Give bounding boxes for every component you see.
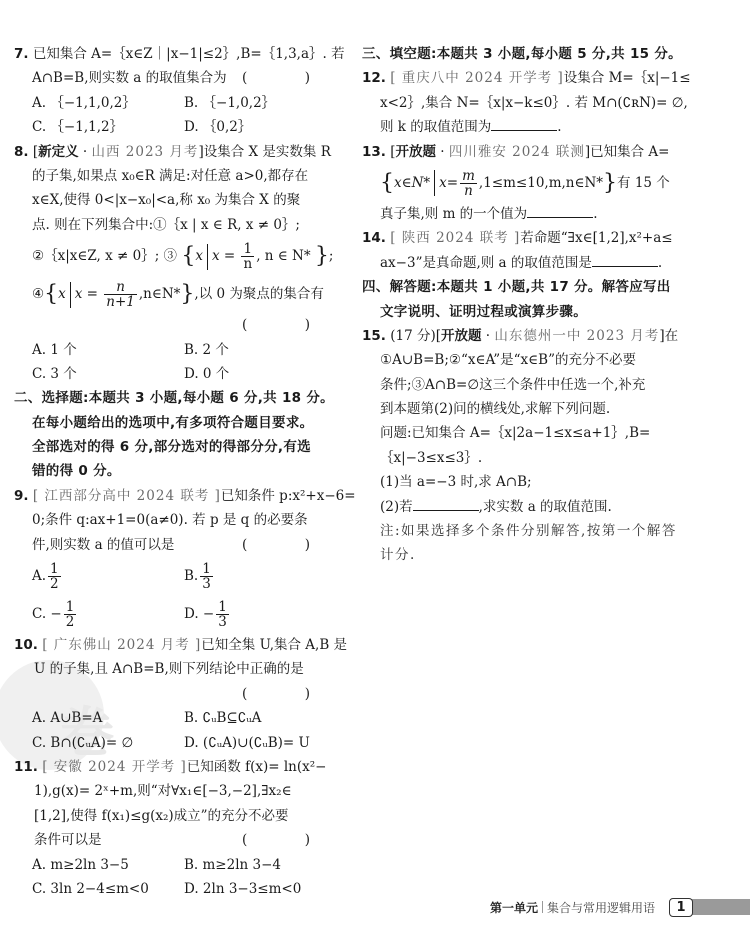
right-column: 三、填空题:本题共 3 小题,每小题 5 分,共 15 分。 12. [ 重庆八… <box>362 42 692 568</box>
option-c: C. B∩(∁ᵤA)= ∅ <box>14 731 184 755</box>
section-desc: 在每小题给出的选项中,有多项符合题目要求。 <box>14 411 336 435</box>
question-text: 点. 则在下列集合中:①｛x | x ∈ R, x ≠ 0｝; <box>32 217 300 233</box>
question-13: 13. [开放题 · 四川雅安 2024 联测]已知集合 A= {x∈N*x=m… <box>362 140 692 227</box>
fraction: 12 <box>64 600 77 629</box>
question-text: 已知集合 A=｛x∈Z｜|x−1|≤2｝,B=｛1,3,a｝. 若 <box>33 46 345 62</box>
option-a: A.12 <box>14 557 184 595</box>
brace-open: { <box>181 244 195 269</box>
question-text: ②｛x|x∈Z, x ≠ 0｝; ③ <box>32 248 177 264</box>
topic-label: 集合与常用逻辑用语 <box>547 899 655 916</box>
section-desc: 全部选对的得 6 分,部分选对的得部分分,有选 <box>14 435 336 459</box>
fraction: 13 <box>200 562 213 591</box>
option-b: B.13 <box>184 557 215 595</box>
numerator: 1 <box>241 242 254 257</box>
brace-close: } <box>180 282 194 307</box>
fraction: 12 <box>48 562 61 591</box>
option-c: C. 3ln 2−4≤m<0 <box>14 877 184 901</box>
question-number: 8. <box>14 144 29 160</box>
set-line-4: ④{xx = nn+1,n∈N*},以 0 为聚点的集合有 <box>14 275 336 313</box>
question-number: 14. <box>362 230 386 246</box>
question-15: 15. (17 分)[开放题 · 山东德州一中 2023 月考]在 ①A∪B=B… <box>362 324 692 568</box>
numerator: 1 <box>64 600 77 615</box>
fraction: nn+1 <box>104 280 137 309</box>
sub-question-2: (2)若 <box>380 499 413 515</box>
option-d: D. −13 <box>184 595 231 633</box>
note-text: 计分. <box>380 547 416 563</box>
math-tail: ,1≤m≤10,m,n∈N* <box>479 175 603 191</box>
question-text: ,求实数 a 的取值范围. <box>479 499 612 515</box>
brace-open: { <box>380 170 394 195</box>
question-7: 7. 已知集合 A=｛x∈Z｜|x−1|≤2｝,B=｛1,3,a｝. 若 A∩B… <box>14 42 336 140</box>
question-text: A∩B=B,则实数 a 的取值集合为 <box>32 70 227 86</box>
source-tag: [开放题 · 山东德州一中 2023 月考] <box>436 328 665 344</box>
tag-dot: · <box>436 144 449 160</box>
question-text: 有 15 个 <box>617 175 670 191</box>
answer-paren: ( ) <box>242 66 332 90</box>
fraction: mn <box>460 169 477 198</box>
section-title: 二、选择题:本题共 3 小题,每小题 6 分,共 18 分。 <box>14 386 336 410</box>
answer-paren: ( ) <box>242 828 332 852</box>
tag-dot: · <box>79 144 92 160</box>
option-b: B. ∁ᵤB⊆∁ᵤA <box>184 706 261 730</box>
denominator: 3 <box>216 615 229 629</box>
question-text: 条件;③A∩B=∅这三个条件中任选一个,补充 <box>380 377 645 393</box>
footer-bar <box>686 899 750 915</box>
tag-source: 山西 2023 月考 <box>91 144 198 160</box>
brace-open: { <box>44 282 58 307</box>
fraction: 13 <box>216 600 229 629</box>
section-2-heading: 二、选择题:本题共 3 小题,每小题 6 分,共 18 分。 在每小题给出的选项… <box>14 386 336 484</box>
set-bar <box>207 244 208 270</box>
section-desc: 错的得 0 分。 <box>14 459 336 483</box>
option-c: C. ｛−1,1,2｝ <box>14 115 184 139</box>
question-text: ax−3”是真命题,则 a 的取值范围是 <box>380 255 592 271</box>
question-text: 则 k 的取值范围为 <box>380 119 491 135</box>
score-label: (17 分) <box>390 328 436 344</box>
answer-blank[interactable] <box>592 252 658 267</box>
option-label: B. <box>184 568 198 584</box>
tag-category: 新定义 <box>38 144 79 160</box>
math-eq: x = <box>75 286 98 302</box>
question-9: 9. [ 江西部分高中 2024 联考 ]已知条件 p:x²+x−6= 0;条件… <box>14 484 336 633</box>
option-a: A. m≥2ln 3−5 <box>14 853 184 877</box>
left-column: 7. 已知集合 A=｛x∈Z｜|x−1|≤2｝,B=｛1,3,a｝. 若 A∩B… <box>14 42 336 901</box>
numerator: 1 <box>48 562 61 577</box>
numerator: m <box>460 169 477 184</box>
question-text: ,以 0 为聚点的集合有 <box>194 286 323 302</box>
page-number: 1 <box>669 898 693 917</box>
option-label: C. − <box>32 606 62 622</box>
question-number: 15. <box>362 328 386 344</box>
question-number: 10. <box>14 637 38 653</box>
sub-question-1: (1)当 a=−3 时,求 A∩B; <box>380 474 532 490</box>
question-text: 条件可以是 <box>34 832 102 848</box>
source-tag: [ 安徽 2024 开学考 ] <box>42 759 187 775</box>
answer-blank[interactable] <box>413 496 479 511</box>
tag-source: 山东德州一中 2023 月考 <box>494 328 659 344</box>
option-b: B. 2 个 <box>184 338 229 362</box>
question-text: 在 <box>665 328 679 344</box>
option-d: D. (∁ᵤA)∪(∁ᵤB)= U <box>184 731 310 755</box>
denominator: n <box>241 257 254 271</box>
section-title: 四、解答题:本题共 1 小题,共 17 分。解答应写出 <box>362 275 692 299</box>
option-label: D. − <box>184 606 214 622</box>
math-tail: ,n∈N* <box>139 286 181 302</box>
question-text: 若命题“∃x∈[1,2],x²+a≤ <box>520 230 672 246</box>
source-tag: [ 江西部分高中 2024 联考 ] <box>33 488 221 504</box>
section-3-title: 三、填空题:本题共 3 小题,每小题 5 分,共 15 分。 <box>362 42 692 66</box>
punct: . <box>557 119 561 135</box>
circled-number: ④ <box>32 286 44 302</box>
numerator: 1 <box>216 600 229 615</box>
denominator: 2 <box>48 577 61 591</box>
tag-dot: · <box>482 328 495 344</box>
option-d: D. 2ln 3−3≤m<0 <box>184 877 301 901</box>
denominator: n+1 <box>104 295 137 309</box>
option-d: D. 0 个 <box>184 362 229 386</box>
tag-category: 开放题 <box>441 328 482 344</box>
question-14: 14. [ 陕西 2024 联考 ]若命题“∃x∈[1,2],x²+a≤ ax−… <box>362 226 692 275</box>
question-text: x∈X,使得 0<|x−x₀|<a,称 x₀ 为集合 X 的聚 <box>32 192 300 208</box>
set-definition: {x∈N*x=mn,1≤m≤10,m,n∈N*}有 15 个 <box>362 164 692 202</box>
denominator: n <box>460 184 477 198</box>
set-bar <box>70 282 71 308</box>
option-c: C. −12 <box>14 595 184 633</box>
question-number: 12. <box>362 70 386 86</box>
section-desc: 文字说明、证明过程或演算步骤。 <box>362 300 692 324</box>
source-tag: [新定义 · 山西 2023 月考] <box>33 144 204 160</box>
source-tag: [ 陕西 2024 联考 ] <box>390 230 520 246</box>
math-var: x <box>58 286 66 302</box>
punct: . <box>658 255 662 271</box>
brace-close: } <box>315 244 329 269</box>
option-c: C. 3 个 <box>14 362 184 386</box>
question-number: 13. <box>362 144 386 160</box>
question-text: 真子集,则 m 的一个值为 <box>380 206 527 222</box>
math-tail: , n ∈ N* <box>256 248 310 264</box>
question-text: 设集合 M=｛x|−1≤ <box>564 70 691 86</box>
question-text: 的子集,如果点 x₀∈R 满足:对任意 a>0,都存在 <box>32 168 308 184</box>
source-tag: [ 重庆八中 2024 开学考 ] <box>390 70 564 86</box>
source-tag: [开放题 · 四川雅安 2024 联测] <box>390 144 590 160</box>
question-8: 8. [新定义 · 山西 2023 月考]设集合 X 是实数集 R 的子集,如果… <box>14 140 336 387</box>
question-text: 已知函数 f(x)= ln(x²− <box>187 759 327 775</box>
set-line-3: ②｛x|x∈Z, x ≠ 0｝; ③ {xx = 1n, n ∈ N* }; <box>14 237 336 275</box>
punct: ; <box>329 248 334 264</box>
question-text: 件,则实数 a 的值可以是 <box>32 537 174 553</box>
question-text: 1),g(x)= 2ˣ+m,则“对∀x₁∈[−3,−2],∃x₂∈ <box>34 783 292 799</box>
set-bar <box>434 170 435 196</box>
question-text: ①A∪B=B;②“x∈A”是“x∈B”的充分不必要 <box>380 352 636 368</box>
option-a: A. ｛−1,1,0,2｝ <box>14 91 184 115</box>
source-tag: [ 广东佛山 2024 月考 ] <box>42 637 201 653</box>
question-text: 问题:已知集合 A=｛x|2a−1≤x≤a+1｝,B= <box>380 425 650 441</box>
question-10: 10. [ 广东佛山 2024 月考 ]已知全集 U,集合 A,B 是 U 的子… <box>14 633 336 755</box>
page-footer: 第一单元 集合与常用逻辑用语 1 <box>490 897 693 917</box>
option-label: A. <box>32 568 46 584</box>
denominator: 2 <box>64 615 77 629</box>
question-12: 12. [ 重庆八中 2024 开学考 ]设集合 M=｛x|−1≤ x<2｝,集… <box>362 66 692 139</box>
question-text: ｛x|−3≤x≤3｝. <box>380 450 482 466</box>
unit-label: 第一单元 <box>490 899 538 916</box>
section-4-heading: 四、解答题:本题共 1 小题,共 17 分。解答应写出 文字说明、证明过程或演算… <box>362 275 692 324</box>
option-d: D. ｛0,2｝ <box>184 115 251 139</box>
question-text: x<2｝,集合 N=｛x|x−k≤0｝. 若 M∩(∁ʀN)= ∅, <box>380 95 688 111</box>
answer-paren: ( ) <box>242 533 332 557</box>
question-text: 已知全集 U,集合 A,B 是 <box>201 637 347 653</box>
tag-category: 开放题 <box>396 144 437 160</box>
math-eq: x = <box>212 248 235 264</box>
question-text: U 的子集,且 A∩B=B,则下列结论中正确的是 <box>34 661 304 677</box>
math-var: x <box>195 248 203 264</box>
option-a: A. A∪B=A <box>14 706 184 730</box>
option-b: B. ｛−1,0,2｝ <box>184 91 275 115</box>
question-text: 0;条件 q:ax+1=0(a≠0). 若 p 是 q 的必要条 <box>32 512 308 528</box>
question-text: 设集合 X 是实数集 R <box>204 144 331 160</box>
answer-blank[interactable] <box>491 116 557 131</box>
divider <box>542 901 543 913</box>
answer-paren: ( ) <box>242 682 332 706</box>
option-a: A. 1 个 <box>14 338 184 362</box>
math-var: x∈N* <box>394 175 430 191</box>
question-number: 9. <box>14 488 29 504</box>
numerator: 1 <box>200 562 213 577</box>
math-eq: x= <box>439 175 458 191</box>
question-number: 7. <box>14 46 29 62</box>
punct: . <box>593 206 597 222</box>
answer-blank[interactable] <box>527 203 593 218</box>
tag-source: 四川雅安 2024 联测 <box>449 144 585 160</box>
question-text: 已知条件 p:x²+x−6= <box>221 488 356 504</box>
option-b: B. m≥2ln 3−4 <box>184 853 281 877</box>
question-text: 到本题第(2)问的横线处,求解下列问题. <box>380 401 610 417</box>
fraction: 1n <box>241 242 254 271</box>
answer-paren: ( ) <box>242 313 332 337</box>
numerator: n <box>104 280 137 295</box>
question-text: 已知集合 A= <box>590 144 669 160</box>
brace-close: } <box>603 170 617 195</box>
question-11: 11. [ 安徽 2024 开学考 ]已知函数 f(x)= ln(x²− 1),… <box>14 755 336 901</box>
question-number: 11. <box>14 759 38 775</box>
note-text: 注:如果选择多个条件分别解答,按第一个解答 <box>380 523 677 539</box>
question-text: [1,2],使得 f(x₁)≤g(x₂)成立”的充分不必要 <box>34 808 289 824</box>
denominator: 3 <box>200 577 213 591</box>
